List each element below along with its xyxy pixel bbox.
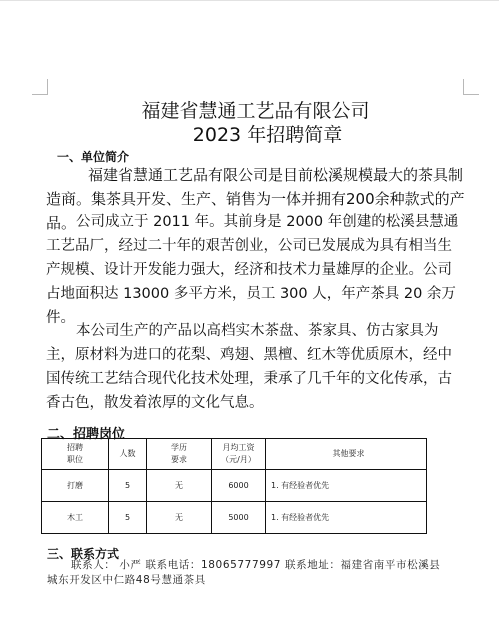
- contact-info: 联系人： 小严 联系电话：18065777997 联系地址：福建省南平市松溪县 …: [47, 558, 467, 588]
- header-education: 学历 要求: [147, 439, 212, 470]
- cell-education: 无: [147, 502, 212, 534]
- cell-count: 5: [109, 470, 147, 502]
- header-text: 月均工资: [212, 442, 265, 454]
- cell-count: 5: [109, 502, 147, 534]
- table-row: 木工 5 无 5000 1. 有经验者优先: [42, 502, 427, 534]
- header-text: 职位: [42, 454, 108, 466]
- cell-salary: 5000: [212, 502, 266, 534]
- margin-corner-mark-right: [463, 79, 479, 95]
- page-top-edge: [0, 0, 499, 1]
- table-row: 打磨 5 无 6000 1. 有经验者优先: [42, 470, 427, 502]
- contact-line-1: 联系人： 小严 联系电话：18065777997 联系地址：福建省南平市松溪县: [47, 558, 467, 573]
- document-subtitle: 2023 年招聘简章: [0, 120, 499, 147]
- intro-paragraph-3: 本公司生产的产品以高档实木茶盘、茶家具、仿古家具为主，原材料为进口的花梨、鸡翅、…: [46, 319, 466, 415]
- cell-salary: 6000: [212, 470, 266, 502]
- cell-other: 1. 有经验者优先: [266, 502, 427, 534]
- header-text: 要求: [147, 454, 211, 466]
- positions-table: 招聘 职位 人数 学历 要求 月均工资 （元/月） 其他要求 打磨 5 无 60…: [41, 438, 427, 534]
- cell-position: 木工: [42, 502, 109, 534]
- header-other-requirements: 其他要求: [266, 439, 427, 470]
- document-title: 福建省慧通工艺品有限公司: [0, 96, 499, 123]
- header-position: 招聘 职位: [42, 439, 109, 470]
- intro-paragraph-2: 公司成立于 2011 年。其前身是 2000 年创建的松溪县慧通工艺品厂，经过二…: [46, 210, 466, 330]
- header-count: 人数: [109, 439, 147, 470]
- contact-line-2: 城东开发区中仁路48号慧通茶具: [47, 574, 206, 586]
- cell-other: 1. 有经验者优先: [266, 470, 427, 502]
- header-text: 招聘: [42, 442, 108, 454]
- table-header-row: 招聘 职位 人数 学历 要求 月均工资 （元/月） 其他要求: [42, 439, 427, 470]
- margin-corner-mark-left: [32, 79, 48, 95]
- cell-education: 无: [147, 470, 212, 502]
- cell-position: 打磨: [42, 470, 109, 502]
- header-text: 其他要求: [271, 448, 426, 460]
- header-salary: 月均工资 （元/月）: [212, 439, 266, 470]
- header-text: 人数: [109, 448, 146, 460]
- header-text: （元/月）: [212, 454, 265, 466]
- header-text: 学历: [147, 442, 211, 454]
